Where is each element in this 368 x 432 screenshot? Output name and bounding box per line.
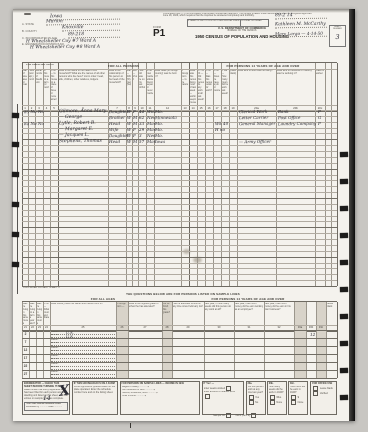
sample-column-header: Leave blank bbox=[327, 303, 337, 324]
question-option: None bbox=[290, 400, 306, 405]
column-number: 14 bbox=[189, 106, 197, 110]
review-x-mark: X bbox=[58, 382, 71, 399]
grid-row-line bbox=[22, 204, 337, 205]
office-checkbox bbox=[313, 391, 318, 396]
sample-column-number: 33b bbox=[306, 326, 316, 329]
question-option: None bbox=[269, 400, 285, 405]
office-lines: Leave blank Verified bbox=[312, 386, 335, 396]
sample-column-header: Was he living in this same house a year … bbox=[23, 303, 29, 324]
column-number: 6 bbox=[58, 106, 108, 110]
footer-ifyes-block: If ‘Yes’ — Enter weeks workedEnter amoun… bbox=[202, 381, 244, 415]
sample-column-number: 29 bbox=[172, 326, 204, 329]
sample-line-number: 22 bbox=[22, 364, 29, 368]
grid-row-line bbox=[22, 245, 337, 246]
footer-questions: 33a.Did this person work at any time las… bbox=[246, 381, 309, 415]
sample-column-header: If No — What county and State? bbox=[44, 303, 50, 324]
hw-income: 12 bbox=[310, 331, 315, 336]
sample-subtitle-14over: FOR PERSONS 14 YEARS OF AGE AND OVER bbox=[193, 297, 303, 301]
ifyes-lines: Enter weeks workedEnter amount to neares… bbox=[204, 386, 242, 399]
sample-column-header: What country were his father and mother … bbox=[51, 303, 116, 324]
column-header-text: What is the relationship of this person … bbox=[109, 70, 126, 104]
column-header-text: If Wk — How many hours did he work last … bbox=[222, 70, 229, 104]
sheet-number-value: 3 bbox=[330, 33, 345, 41]
column-number: 10 bbox=[138, 106, 146, 110]
column-number: 15 bbox=[197, 106, 205, 110]
question-option: No bbox=[248, 400, 264, 405]
column-header-text: Class of worker bbox=[316, 70, 325, 104]
grid-row-line bbox=[22, 198, 337, 199]
question-text: Did this person work at any time last ye… bbox=[248, 386, 264, 395]
sample-column-number: 32 bbox=[264, 326, 294, 329]
review-scribble: 14 bbox=[43, 395, 51, 402]
header-geography: A. STATE Iowa B. COUNTY Marion C. INCORP… bbox=[22, 12, 150, 60]
sample-column-header: Last year, in how many weeks did this pe… bbox=[205, 303, 234, 324]
census-sheet: A. STATE Iowa B. COUNTY Marion C. INCORP… bbox=[13, 9, 355, 421]
column-header-text: (Leave blank) bbox=[230, 70, 237, 104]
footer-income-block: FOR PERSONS ON SAMPLE LINES — INCOME IN … bbox=[120, 381, 200, 415]
column-header-text: Sex — M or F bbox=[133, 70, 138, 104]
grid-row-line bbox=[22, 122, 337, 123]
footer-question: 33a.Did this person work at any time las… bbox=[246, 381, 266, 415]
ed-number-value: 89-2 14 bbox=[275, 13, 327, 20]
grid-row-line bbox=[22, 116, 337, 117]
scan-right-shadow bbox=[349, 9, 355, 421]
column-header-text: Race — White (W), Negro (Neg) bbox=[127, 70, 132, 104]
crew-leader-box: FOR THE CREW LEADER ONLY Reviewed by ...… bbox=[24, 402, 68, 411]
column-header-text: What kind of work was he doing? bbox=[238, 70, 276, 104]
grid-row-line bbox=[22, 139, 337, 140]
office-line: Verified bbox=[312, 391, 335, 396]
left-edge-stamp bbox=[12, 113, 19, 118]
right-edge-stamp bbox=[340, 341, 348, 346]
grid-row-line bbox=[22, 268, 337, 269]
sample-column-number: 28 bbox=[162, 326, 172, 329]
sample-column-header: Last year, how much money did he earn wo… bbox=[235, 303, 264, 324]
column-header-text: House (and apt.) number bbox=[29, 70, 35, 104]
column-number: 17 bbox=[213, 106, 221, 110]
grid-row-line bbox=[22, 151, 337, 152]
sample-section-title: THE QUESTIONS BELOW ARE FOR PERSONS LIST… bbox=[73, 292, 293, 296]
grid-row-line bbox=[22, 263, 337, 264]
right-edge-stamp bbox=[340, 395, 348, 400]
sample-column-header: Was he living in this same county a year… bbox=[37, 303, 43, 324]
sheet-number-box: SHEET NUMBER 3 bbox=[329, 25, 346, 47]
sample-column-number: 22 bbox=[29, 326, 36, 329]
grid-row-line bbox=[22, 251, 337, 252]
left-edge-stamp bbox=[12, 262, 19, 267]
section-title-all-persons: FOR ALL PERSONS bbox=[58, 64, 189, 68]
column-header-text: If foreign born — Is he naturalized? bbox=[182, 70, 189, 104]
column-number: 12 bbox=[154, 106, 181, 110]
roster-header-band: Name of street, avenue, or road1House (a… bbox=[22, 62, 337, 112]
column-number: 16 bbox=[205, 106, 213, 110]
sample-column-header: Was he living on a farm a year ago? bbox=[30, 303, 36, 324]
annex-line-2: H Wheatsheller Coy #8 Ward A bbox=[30, 45, 100, 51]
enumeration-date: Mary Largo — 4-14-50 bbox=[275, 31, 327, 38]
grid-row-line bbox=[22, 110, 337, 111]
income-line: Other income ........... $ bbox=[122, 395, 198, 398]
sample-column-number: 24 bbox=[43, 326, 50, 329]
grid-row-line bbox=[22, 221, 337, 222]
sample-column-number: 33a bbox=[294, 326, 306, 329]
sample-column-number: 23 bbox=[36, 326, 43, 329]
column-header-text: If H or Ot — Did this person do any work… bbox=[198, 70, 205, 104]
grid-row-line bbox=[22, 274, 337, 275]
column-header-text: How old was he on his last birthday? bbox=[139, 70, 146, 104]
sample-column-number: 31 bbox=[234, 326, 264, 329]
column-number: 19 bbox=[229, 106, 237, 110]
continued-note: CONTINUED ON NEXT SHEET ☐ bbox=[23, 287, 163, 290]
footer-mid-body: Fill an Agriculture Questionnaire for th… bbox=[74, 386, 116, 395]
grid-row-line bbox=[22, 133, 337, 134]
rural-urban-box-label: G. RURAL OR URBAN bbox=[241, 20, 268, 22]
column-header-text: What State (or foreign country) was he b… bbox=[155, 70, 181, 104]
option-checkbox bbox=[249, 400, 254, 405]
sample-column-header bbox=[317, 303, 326, 324]
grid-row-line bbox=[22, 186, 337, 187]
column-header-text: If No — Is this house on a place of thre… bbox=[51, 70, 58, 104]
column-number: 20b bbox=[276, 106, 315, 110]
column-number: 3 bbox=[35, 106, 43, 110]
column-header-text: If No — Was this person looking for work… bbox=[206, 70, 213, 104]
band-rule bbox=[22, 105, 337, 106]
question-text: How many weeks did he work in 1949? bbox=[269, 386, 285, 395]
grid-row-line bbox=[22, 210, 337, 211]
income-lines: Wages or salary ........... $Own busines… bbox=[122, 386, 198, 398]
band-rule bbox=[22, 69, 337, 70]
right-edge-stamp bbox=[340, 314, 348, 319]
sample-column-header bbox=[307, 303, 316, 324]
form-number: P1 bbox=[153, 29, 179, 39]
option-checkbox bbox=[270, 400, 275, 405]
roster-grid bbox=[22, 110, 337, 287]
sample-column-number: 30 bbox=[204, 326, 234, 329]
footer-question: 33b.How many weeks did he work in 1949? … bbox=[267, 381, 287, 415]
sample-line-number: 17 bbox=[22, 356, 29, 360]
annex-line-1: H Wheatsheller Coy #7 Ward A bbox=[26, 39, 96, 45]
column-header-text: What kind of business or industry was he… bbox=[277, 70, 315, 104]
sample-line-number: 7 bbox=[22, 340, 29, 344]
sample-column-number: 26 bbox=[116, 326, 128, 329]
right-edge-stamp bbox=[340, 179, 348, 184]
enumerator-name: Kathleen M. McCarthy bbox=[275, 22, 327, 29]
sample-column-header: What is the highest grade of school he h… bbox=[129, 303, 162, 324]
sample-band-rule bbox=[22, 325, 337, 326]
sample-column-rule bbox=[337, 302, 338, 331]
sample-line-number: 27 bbox=[22, 372, 29, 376]
ifyes-checkbox bbox=[205, 394, 210, 399]
column-header-text: Serial number of dwelling unit bbox=[36, 70, 43, 104]
left-edge-stamp bbox=[12, 142, 19, 147]
column-number: 7 bbox=[108, 106, 126, 110]
sample-column-number: 21 bbox=[22, 326, 29, 329]
sample-column-number: 33c bbox=[316, 326, 326, 329]
footer-tally-line: Sample OK Farm (Item 2) bbox=[213, 413, 337, 418]
grid-row-line bbox=[22, 157, 337, 158]
column-header-text: Is he now married, widowed, divorced, se… bbox=[147, 70, 154, 104]
grid-row-line bbox=[22, 175, 337, 176]
column-number: 13 bbox=[181, 106, 189, 110]
grid-row-line bbox=[22, 180, 337, 181]
option-checkbox bbox=[291, 400, 296, 405]
ifyes-line: Enter amount to nearest $100 bbox=[204, 391, 242, 399]
sample-line-number: 12 bbox=[22, 348, 29, 352]
right-edge-stamp bbox=[340, 233, 348, 238]
scan-surround: { "palette":{"paper":"#f4f2ed","backgrou… bbox=[0, 0, 368, 432]
institution-box-label: F. NAME OF INSTITUTION OR OTHER SPECIAL … bbox=[188, 20, 240, 22]
column-header-text: If No — Does he have a job or business? bbox=[214, 70, 221, 104]
column-header-text: Name of street, avenue, or road bbox=[23, 70, 28, 104]
column-header-text: What was this person doing most of last … bbox=[190, 70, 197, 104]
form-id: FORM P1 bbox=[153, 26, 179, 46]
grid-row-line bbox=[22, 233, 337, 234]
grid-row-line bbox=[22, 280, 337, 281]
left-edge-stamp bbox=[12, 172, 19, 177]
grid-row-line bbox=[22, 192, 337, 193]
sample-line-number: 2 bbox=[22, 332, 29, 336]
office-use-box: FOR OFFICE USE Leave blank Verified bbox=[310, 381, 337, 415]
sample-column-number: 27 bbox=[128, 326, 162, 329]
sample-header-band: Was he living in this same house a year … bbox=[22, 301, 337, 332]
grid-row-line bbox=[22, 163, 337, 164]
grid-row-line bbox=[22, 128, 337, 129]
column-header-text: What is the name of the head of this hou… bbox=[59, 70, 108, 104]
question-text: How much did he earn in 1949? bbox=[290, 386, 306, 395]
right-edge-stamp bbox=[340, 287, 348, 292]
sheet-number-label: SHEET NUMBER bbox=[330, 26, 345, 31]
sample-column-header: Last year, how much money did he earn in… bbox=[265, 303, 294, 324]
left-edge-stamp bbox=[12, 232, 19, 237]
grid-row-line bbox=[22, 145, 337, 146]
tally-right-checkbox bbox=[251, 413, 256, 418]
footer-farm-note: IF THIS HOUSEHOLD IS ON A FARM Fill an A… bbox=[72, 381, 118, 415]
sample-subtitle-all-ages: FOR ALL AGES bbox=[53, 297, 153, 301]
alignment-tick bbox=[130, 423, 131, 428]
right-edge-stamp bbox=[340, 368, 348, 373]
crew-leader-line: Reviewed by ............ Date ..........… bbox=[26, 406, 67, 409]
section-title-14over: FOR PERSONS 14 YEARS OF AGE AND OVER bbox=[189, 64, 337, 68]
column-number: 18 bbox=[221, 106, 229, 110]
column-number: 20c bbox=[315, 106, 325, 110]
column-number: 4 bbox=[43, 106, 50, 110]
column-number: 20a bbox=[237, 106, 276, 110]
column-number: 2 bbox=[28, 106, 35, 110]
column-header-text: Is this house on a farm (or ranch)? bbox=[44, 70, 50, 104]
grid-row-line bbox=[22, 239, 337, 240]
grid-row-line bbox=[22, 257, 337, 258]
grid-row-line bbox=[22, 227, 337, 228]
tally-left-label: Sample OK bbox=[213, 414, 225, 417]
column-number: 5 bbox=[50, 106, 58, 110]
left-edge-stamp bbox=[12, 202, 19, 207]
sample-column-header bbox=[295, 303, 306, 324]
right-edge-stamp bbox=[340, 260, 348, 265]
column-rule bbox=[337, 63, 338, 111]
grid-row-line bbox=[22, 216, 337, 217]
header-enumeration: 89-2 14 Kathleen M. McCarthy Mary Largo … bbox=[275, 13, 329, 37]
sample-column-header: If foreign born — bbox=[117, 303, 128, 324]
sample-column-header: Has he attended school at any time since… bbox=[173, 303, 204, 324]
sample-rows: 2Father:Mother:U.S.U.S.127Father:Mother:… bbox=[22, 330, 337, 379]
mother-label: Mother: bbox=[51, 374, 115, 378]
right-edge-stamp bbox=[340, 152, 348, 157]
column-header-text bbox=[326, 70, 331, 104]
sample-column-header: Did he finish this grade? bbox=[163, 303, 172, 324]
tally-left-checkbox bbox=[226, 413, 231, 418]
footer-question: 33c.How much did he earn in 1949? $ None bbox=[288, 381, 308, 415]
column-number: 11 bbox=[146, 106, 154, 110]
section-title-dwelling: FOR DWELLING UNITS bbox=[22, 64, 58, 66]
sample-column-number: 25 bbox=[50, 326, 116, 329]
right-edge-stamp bbox=[340, 206, 348, 211]
grid-row-line bbox=[22, 169, 337, 170]
tally-right-label: Farm (Item 2) bbox=[236, 414, 250, 417]
ed-value: 89-218 bbox=[68, 31, 120, 38]
place-value: Knoxville bbox=[62, 25, 120, 32]
